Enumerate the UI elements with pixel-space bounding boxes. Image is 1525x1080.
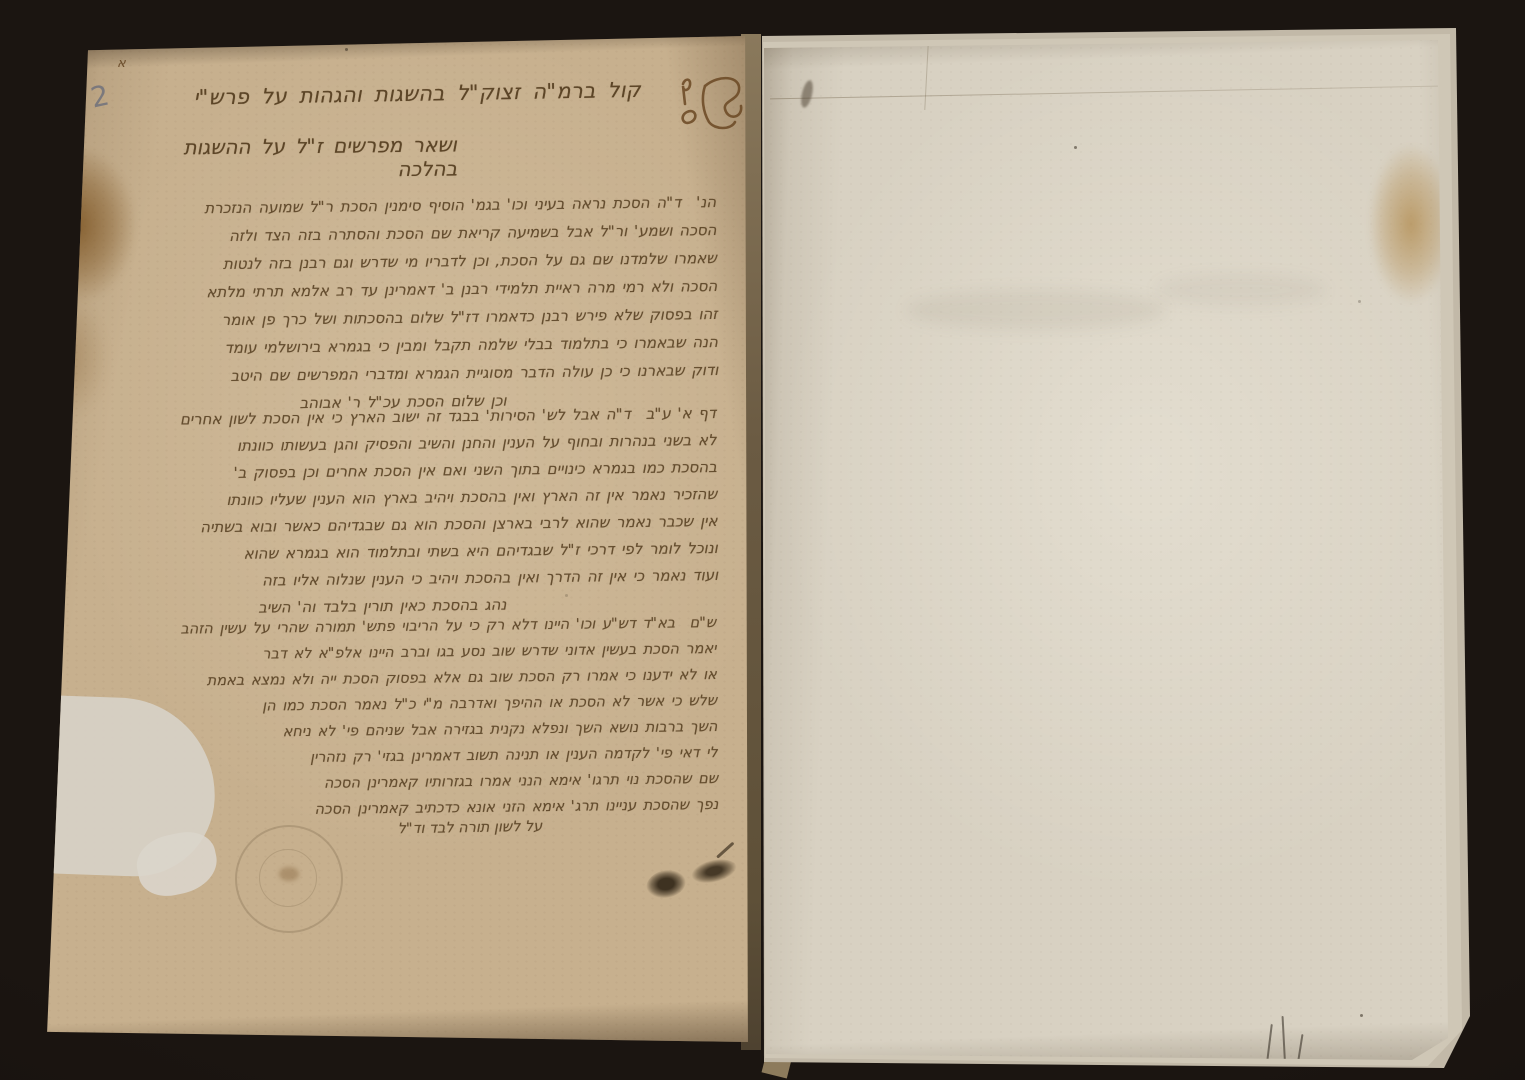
paragraph-1: הנ' ד"ה הסכת נראה בעיני וכו' בגמ' הוסיף … [57,188,719,420]
corner-letter-mark: א [117,56,126,71]
paper-speck [1358,300,1361,303]
ink-showthrough [1156,274,1326,306]
title-line-2: ושאר מפרשים ז"ל על ההשגות בהלכה [165,132,457,183]
blank-recto-page [756,28,1470,1074]
paragraph-3: ש"ם בא"ד דש"ע וכו' היינו דלא רק כי על הר… [57,610,718,826]
photograph-backdrop: 2 א קול ברמ"ה זצוק"ל בהשגות והגהות על פר… [0,0,1525,1080]
paper-texture [756,28,1470,1074]
embossed-stamp [235,825,343,933]
paper-speck [345,48,348,51]
left-page: 2 א קול ברמ"ה זצוק"ל בהשגות והגהות על פר… [45,34,750,1046]
paper-speck [1360,1014,1363,1017]
paper-speck [1074,146,1077,149]
paragraph-2: דף א' ע"ב ד"ה אבל לש' הסירות' בבגד זה יש… [57,400,719,624]
right-page [756,28,1470,1074]
scribal-flourish [661,68,745,144]
ink-showthrough [906,290,1166,330]
